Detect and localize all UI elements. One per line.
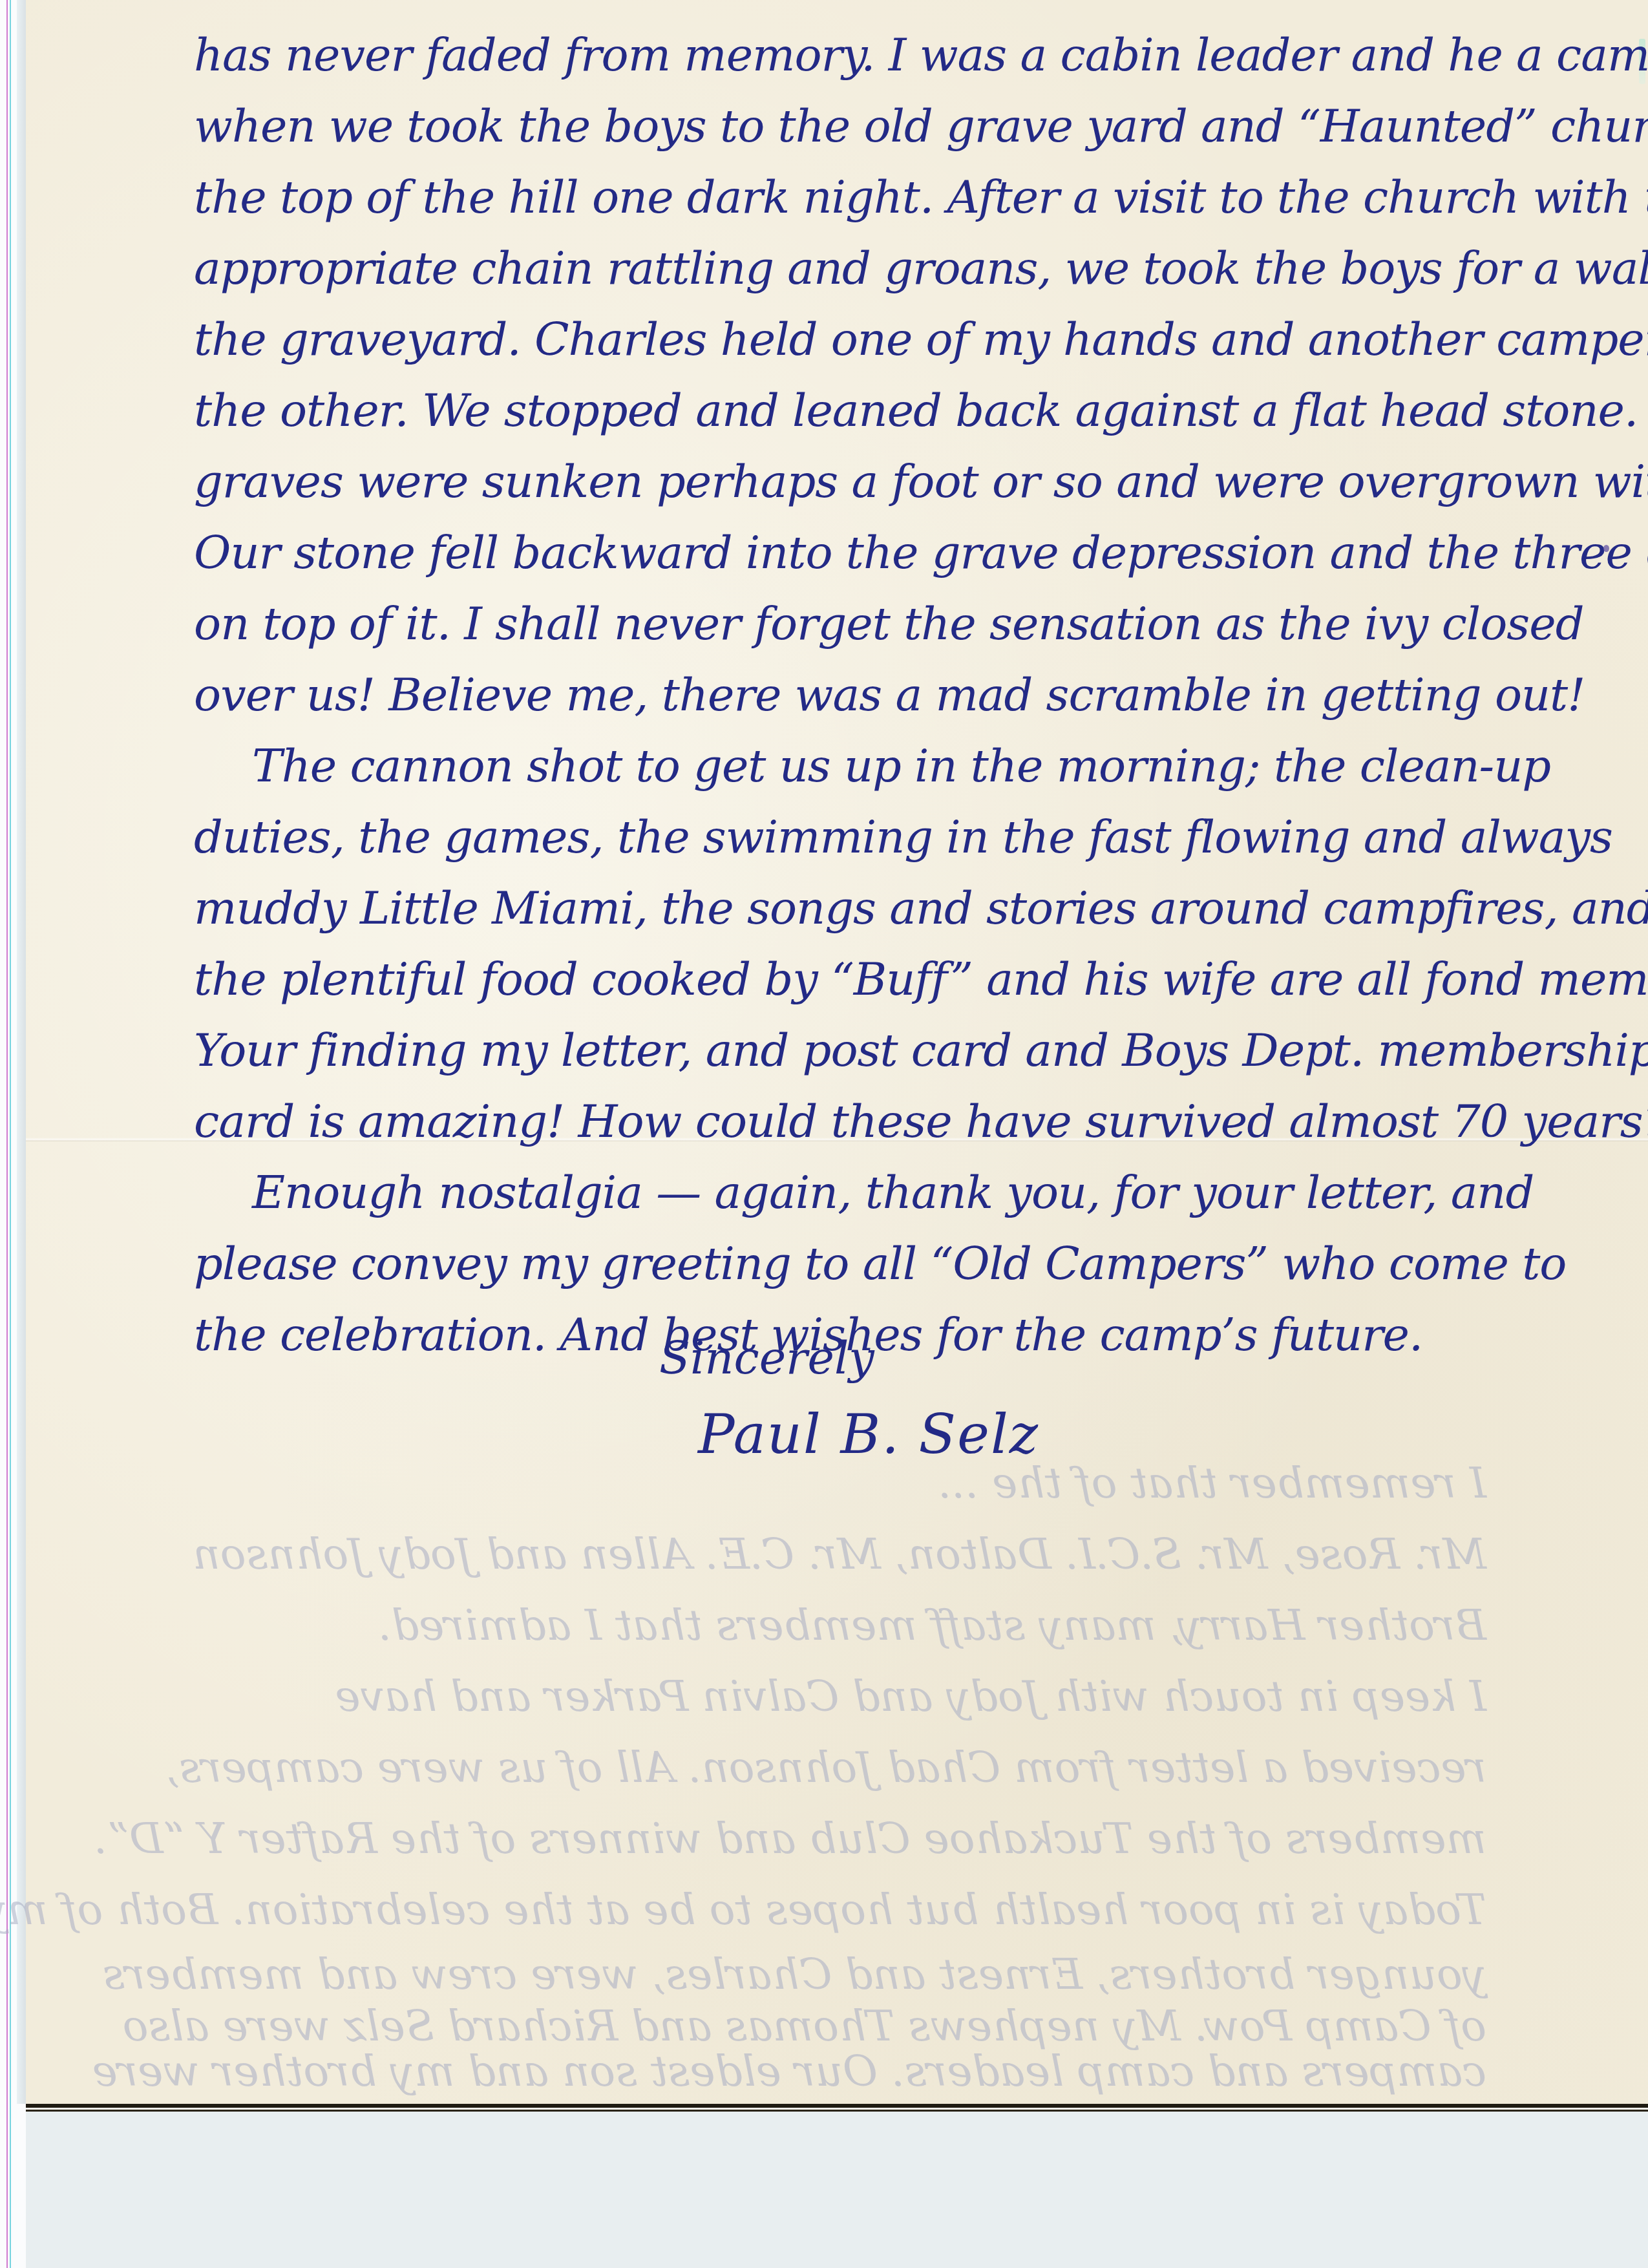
letter-line: graves were sunken perhaps a foot or so … bbox=[194, 446, 1616, 517]
letter-line: has never faded from memory. I was a cab… bbox=[194, 19, 1616, 90]
ink-speck bbox=[1603, 545, 1609, 552]
letter-line: Our stone fell backward into the grave d… bbox=[194, 517, 1616, 588]
letter-line: the plentiful food cooked by “Buff” and … bbox=[194, 944, 1616, 1015]
signature: Paul B. Selz bbox=[698, 1403, 1039, 1466]
letter-body: has never faded from memory. I was a cab… bbox=[194, 19, 1616, 1370]
bleed-through-line: campers and camp leaders. Our eldest son… bbox=[194, 2036, 1486, 2107]
letter-line: when we took the boys to the old grave y… bbox=[194, 90, 1616, 162]
bleed-through-line: Mr. Rose, Mr. S.C.I. Dalton, Mr. C.E. Al… bbox=[194, 1519, 1486, 1590]
letter-line: duties, the games, the swimming in the f… bbox=[194, 801, 1616, 873]
bleed-through-line: members of the Tuckahoe Club and winners… bbox=[194, 1803, 1486, 1874]
letter-line: muddy Little Miami, the songs and storie… bbox=[194, 873, 1616, 944]
letter-line: the top of the hill one dark night. Afte… bbox=[194, 162, 1616, 233]
bleed-through-line: received a letter from Chad Johnson. All… bbox=[194, 1732, 1486, 1803]
letter-line: the celebration. And best wishes for the… bbox=[194, 1299, 1616, 1370]
bleed-through-line: Today is in poor health but hopes to be … bbox=[194, 1874, 1486, 1945]
letter-line: the graveyard. Charles held one of my ha… bbox=[194, 304, 1616, 375]
letter-line: over us! Believe me, there was a mad scr… bbox=[194, 659, 1616, 730]
bleed-through-line: I keep in touch with Jody and Calvin Par… bbox=[194, 1661, 1486, 1732]
letter-paragraph-start: Enough nostalgia — again, thank you, for… bbox=[194, 1157, 1616, 1228]
letter-line: appropriate chain rattling and groans, w… bbox=[194, 233, 1616, 304]
letter-line: on top of it. I shall never forget the s… bbox=[194, 588, 1616, 659]
letter-line: card is amazing! How could these have su… bbox=[194, 1086, 1616, 1157]
letter-line: the other. We stopped and leaned back ag… bbox=[194, 375, 1616, 446]
letter-line: please convey my greeting to all “Old Ca… bbox=[194, 1228, 1616, 1299]
letter-line: Your finding my letter, and post card an… bbox=[194, 1015, 1616, 1086]
letter-paragraph-start: The cannon shot to get us up in the morn… bbox=[194, 730, 1616, 801]
bleed-through-line: Brother Harry, many staff members that I… bbox=[194, 1590, 1486, 1661]
letter-closing: Sincerely bbox=[659, 1331, 874, 1384]
